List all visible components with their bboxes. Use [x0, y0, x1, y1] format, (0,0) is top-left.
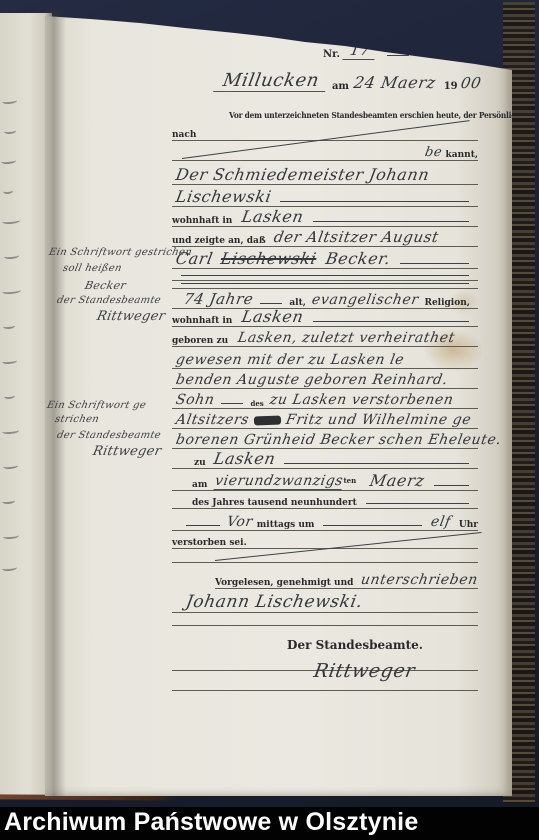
nr-value: 17 — [342, 41, 378, 60]
vorgelesen-line: Vorgelesen, genehmigt und unterschrieben — [215, 570, 478, 589]
registrar-signature-line: Rittweger — [245, 648, 485, 682]
death-date-line: am vierundzwanzigs ten Maerz — [172, 470, 478, 491]
am-label: am — [332, 81, 349, 92]
year-printed: 19 — [444, 81, 458, 92]
death-time-line: Vor mittags um elf Uhr — [172, 512, 478, 531]
date-value: 24 Maerz — [352, 73, 437, 92]
archive-caption-bar: Archiwum Państwowe w Olsztynie — [0, 807, 539, 840]
born-line-1: geboren zu Lasken, zuletzt verheirathet — [172, 328, 478, 347]
record-number-line: Nr. 17 — [323, 40, 416, 60]
blank-line-b — [172, 280, 478, 289]
death-year-line: des Jahres tausend neunhundert — [172, 494, 478, 509]
place-date-line: Millucken am 24 Maerz 19 00 — [215, 60, 481, 92]
death-place-line: zu Lasken — [172, 450, 478, 469]
son-line-2: Altsitzers Fritz und Wilhelmine ge — [172, 410, 478, 429]
ruled-line — [172, 562, 478, 563]
residence-line-2: wohnhaft in Lasken — [172, 310, 478, 327]
deceased-name-line: Carl Lischewski Becker. — [172, 248, 478, 269]
registrar-signature: Rittweger — [313, 660, 418, 682]
ruled-line — [172, 625, 478, 626]
archive-name: Archiwum Państwowe w Olsztynie — [4, 808, 418, 837]
inked-out-word — [254, 416, 281, 426]
book-gutter-shadow — [44, 10, 66, 800]
son-line-3: borenen Grünheid Becker schen Eheleute. — [172, 430, 478, 449]
declarant-signature: Johann Lischewski. — [184, 592, 364, 612]
age-religion-line: 74 Jahre alt, evangelischer Religion, — [172, 290, 478, 309]
born-line-3: benden Auguste geboren Reinhard. — [172, 370, 478, 389]
place-value: Millucken — [213, 70, 329, 92]
ruled-line — [172, 690, 478, 691]
archival-scan: C. 18 Nr. 17 Millucken am 24 Maerz 19 00… — [0, 0, 539, 840]
nr-label: Nr. — [323, 49, 340, 60]
zeigte-line: und zeigte an, daß der Altsitzer August — [172, 228, 478, 247]
declarant-line-1: Der Schmiedemeister Johann — [172, 162, 478, 185]
death-register-page: C. 18 Nr. 17 Millucken am 24 Maerz 19 00… — [45, 10, 512, 796]
intro-line: Vor dem unterzeichneten Standesbeamten e… — [229, 106, 539, 120]
year-written: 00 — [459, 74, 482, 92]
declarant-line-2: Lischewski — [172, 186, 478, 207]
son-line-1: Sohn des zu Lasken verstorbenen — [172, 390, 478, 409]
declarant-signature-line: Johann Lischewski. — [172, 590, 478, 613]
residence-line-1: wohnhaft in Lasken — [172, 208, 478, 227]
born-line-2: gewesen mit der zu Lasken le — [172, 350, 478, 369]
form-letter-c: C. — [463, 20, 478, 35]
